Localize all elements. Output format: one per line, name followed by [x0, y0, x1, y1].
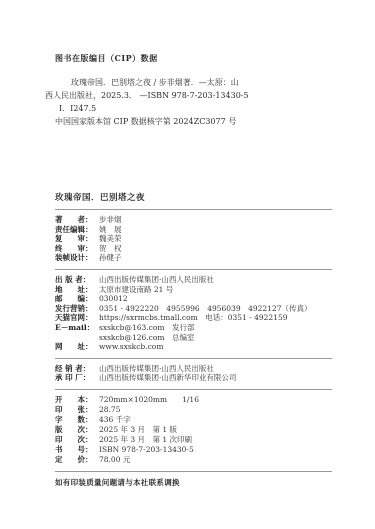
address-row: 地 址：太原市建设南路 21 号	[55, 285, 332, 295]
field-value: 贺 权	[99, 244, 122, 253]
field-label: E－mail：	[55, 323, 99, 333]
field-value: 山西出版传媒集团·山西新华印业有限公司	[99, 373, 236, 382]
divider	[55, 471, 332, 472]
field-label: 终 审：	[55, 244, 99, 254]
print-specs: 开 本：720mm×1020mm 1/16 印 张：28.75 字 数：436 …	[55, 395, 332, 465]
book-title: 玫瑰帝国．巴别塔之夜	[55, 191, 332, 203]
field-label: 经 销 者：	[55, 364, 99, 374]
field-label: 地 址：	[55, 285, 99, 295]
field-label: 开 本：	[55, 395, 99, 405]
divider	[55, 358, 332, 359]
field-value: 720mm×1020mm 1/16	[99, 395, 199, 404]
staff-row-designer: 装帧设计：孙健子	[55, 253, 332, 263]
field-value: 姚 展	[99, 225, 122, 234]
field-value: 山西出版传媒集团·山西人民出版社	[99, 275, 214, 284]
field-value: 030012	[99, 294, 128, 303]
email-row-1: E－mail：sxskcb@163.com 发行部	[55, 323, 332, 333]
printer-row: 承 印 厂：山西出版传媒集团·山西新华印业有限公司	[55, 373, 332, 383]
field-value: 山西出版传媒集团·山西人民出版社	[99, 364, 214, 373]
field-label: 定 价：	[55, 455, 99, 465]
postcode-row: 邮 编：030012	[55, 294, 332, 304]
field-label: 复 审：	[55, 234, 99, 244]
field-value: 孙健子	[99, 253, 122, 262]
price-row: 定 价：78.00 元	[55, 455, 332, 465]
field-value: 78.00 元	[99, 455, 130, 464]
format-row: 开 本：720mm×1020mm 1/16	[55, 395, 332, 405]
field-value: sxskcb@126.com 总编室	[55, 333, 195, 342]
cip-header: 图书在版编目（CIP）数据	[55, 53, 332, 64]
field-value: https://sxrmcbs.tmall.com 电话：0351 - 4922…	[99, 313, 288, 322]
field-value: 魏美荣	[99, 234, 122, 243]
field-value: 2025 年 3 月 第 1 次印刷	[99, 435, 192, 444]
field-label: 网 址：	[55, 342, 99, 352]
field-value: 太原市建设南路 21 号	[99, 285, 173, 294]
cip-paragraph: 玫瑰帝国．巴别塔之夜 / 步非烟著．—太原：山 西人民出版社，2025.3． —…	[55, 76, 332, 102]
field-value: www.sxskcb.com	[99, 342, 163, 351]
field-value: sxskcb@163.com 发行部	[99, 323, 195, 332]
field-value: 436 千字	[99, 415, 131, 424]
divider	[55, 389, 332, 390]
field-value: 28.75	[99, 405, 120, 414]
sales-phone-row: 发行营销：0351 - 4922220 4955996 4956039 4922…	[55, 304, 332, 314]
field-value: 2025 年 3 月 第 1 版	[99, 425, 177, 434]
staff-row-author: 著 者：步非烟	[55, 215, 332, 225]
publisher-row: 出 版 者：山西出版传媒集团·山西人民出版社	[55, 275, 332, 285]
field-value: ISBN 978-7-203-13430-5	[99, 445, 194, 454]
cip-line-2: 西人民出版社，2025.3． —ISBN 978-7-203-13430-5	[45, 89, 332, 102]
website-row: 网 址：www.sxskcb.com	[55, 342, 332, 352]
copyright-page: 图书在版编目（CIP）数据 玫瑰帝国．巴别塔之夜 / 步非烟著．—太原：山 西人…	[0, 0, 375, 529]
field-label: 承 印 厂：	[55, 373, 99, 383]
field-label: 印 张：	[55, 405, 99, 415]
publisher-info: 出 版 者：山西出版传媒集团·山西人民出版社 地 址：太原市建设南路 21 号 …	[55, 275, 332, 352]
staff-row-editor: 责任编辑：姚 展	[55, 225, 332, 235]
field-value: 0351 - 4922220 4955996 4956039 4922127（传…	[99, 304, 312, 313]
field-label: 著 者：	[55, 215, 99, 225]
distributor-row: 经 销 者：山西出版传媒集团·山西人民出版社	[55, 364, 332, 374]
field-label: 邮 编：	[55, 294, 99, 304]
word-count-row: 字 数：436 千字	[55, 415, 332, 425]
field-label: 版 次：	[55, 425, 99, 435]
field-label: 发行营销：	[55, 304, 99, 314]
cip-record-number: 中国国家版本馆 CIP 数据核字第 2024ZC3077 号	[55, 115, 332, 128]
isbn-row: 书 号：ISBN 978-7-203-13430-5	[55, 445, 332, 455]
field-label: 责任编辑：	[55, 225, 99, 235]
staff-row-final-reviewer: 终 审：贺 权	[55, 244, 332, 254]
quality-notice: 如有印装质量问题请与本社联系调换	[55, 477, 332, 488]
staff-credits: 著 者：步非烟 责任编辑：姚 展 复 审：魏美荣 终 审：贺 权 装帧设计：孙健…	[55, 215, 332, 263]
field-label: 书 号：	[55, 445, 99, 455]
edition-row: 版 次：2025 年 3 月 第 1 版	[55, 425, 332, 435]
distribution-info: 经 销 者：山西出版传媒集团·山西人民出版社 承 印 厂：山西出版传媒集团·山西…	[55, 364, 332, 383]
sheets-row: 印 张：28.75	[55, 405, 332, 415]
field-label: 天猫官网：	[55, 313, 99, 323]
field-value: 步非烟	[99, 215, 122, 224]
field-label: 印 次：	[55, 435, 99, 445]
divider	[55, 269, 332, 270]
email-row-2: sxskcb@126.com 总编室	[55, 333, 332, 343]
staff-row-reviewer: 复 审：魏美荣	[55, 234, 332, 244]
cip-classification: Ⅰ．I247.5	[59, 102, 332, 115]
cip-line-1: 玫瑰帝国．巴别塔之夜 / 步非烟著．—太原：山	[55, 76, 332, 89]
impression-row: 印 次：2025 年 3 月 第 1 次印刷	[55, 435, 332, 445]
cip-block: 图书在版编目（CIP）数据 玫瑰帝国．巴别塔之夜 / 步非烟著．—太原：山 西人…	[55, 53, 332, 128]
field-label: 字 数：	[55, 415, 99, 425]
field-label: 出 版 者：	[55, 275, 99, 285]
divider	[55, 209, 332, 210]
tmall-row: 天猫官网：https://sxrmcbs.tmall.com 电话：0351 -…	[55, 313, 332, 323]
field-label: 装帧设计：	[55, 253, 99, 263]
